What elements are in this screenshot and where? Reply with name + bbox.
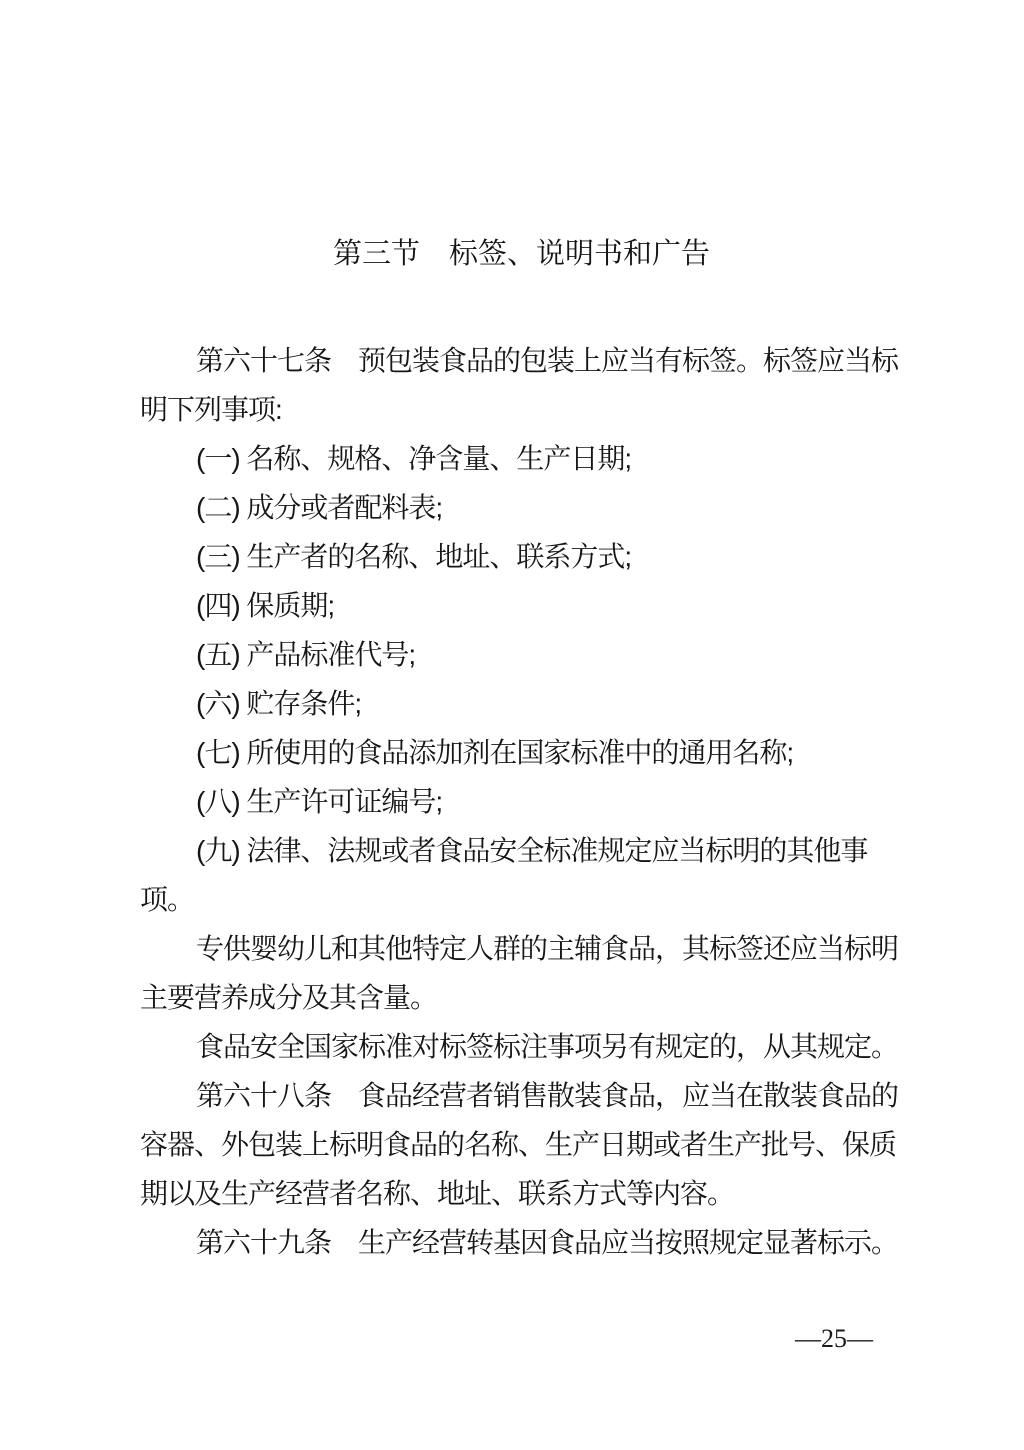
text-line: 食品安全国家标准对标签标注事项另有规定的，从其规定。 (140, 1022, 903, 1071)
section-heading: 第三节 标签、说明书和广告 (140, 234, 903, 274)
text-line: 容器、外包装上标明食品的名称、生产日期或者生产批号、保质 (140, 1120, 903, 1169)
text-line: 明下列事项: (140, 385, 903, 434)
text-line: (四) 保质期; (140, 581, 903, 630)
text-line: 期以及生产经营者名称、地址、联系方式等内容。 (140, 1169, 903, 1218)
text-line: 第六十九条 生产经营转基因食品应当按照规定显著标示。 (140, 1218, 903, 1267)
text-line: (六) 贮存条件; (140, 679, 903, 728)
text-line: 项。 (140, 875, 903, 924)
body-lines: 第六十七条 预包装食品的包装上应当有标签。标签应当标明下列事项:(一) 名称、规… (140, 336, 903, 1267)
text-line: (五) 产品标准代号; (140, 630, 903, 679)
text-line: (一) 名称、规格、净含量、生产日期; (140, 434, 903, 483)
page-number: —25— (140, 1324, 903, 1354)
text-line: 专供婴幼儿和其他特定人群的主辅食品，其标签还应当标明 (140, 924, 903, 973)
text-line: 主要营养成分及其含量。 (140, 973, 903, 1022)
text-line: 第六十七条 预包装食品的包装上应当有标签。标签应当标 (140, 336, 903, 385)
text-line: (二) 成分或者配料表; (140, 483, 903, 532)
text-line: (八) 生产许可证编号; (140, 777, 903, 826)
text-line: (九) 法律、法规或者食品安全标准规定应当标明的其他事 (140, 826, 903, 875)
text-line: (三) 生产者的名称、地址、联系方式; (140, 532, 903, 581)
text-line: 第六十八条 食品经营者销售散装食品，应当在散装食品的 (140, 1071, 903, 1120)
document-page: 第三节 标签、说明书和广告 第六十七条 预包装食品的包装上应当有标签。标签应当标… (0, 0, 1024, 1450)
text-line: (七) 所使用的食品添加剂在国家标准中的通用名称; (140, 728, 903, 777)
